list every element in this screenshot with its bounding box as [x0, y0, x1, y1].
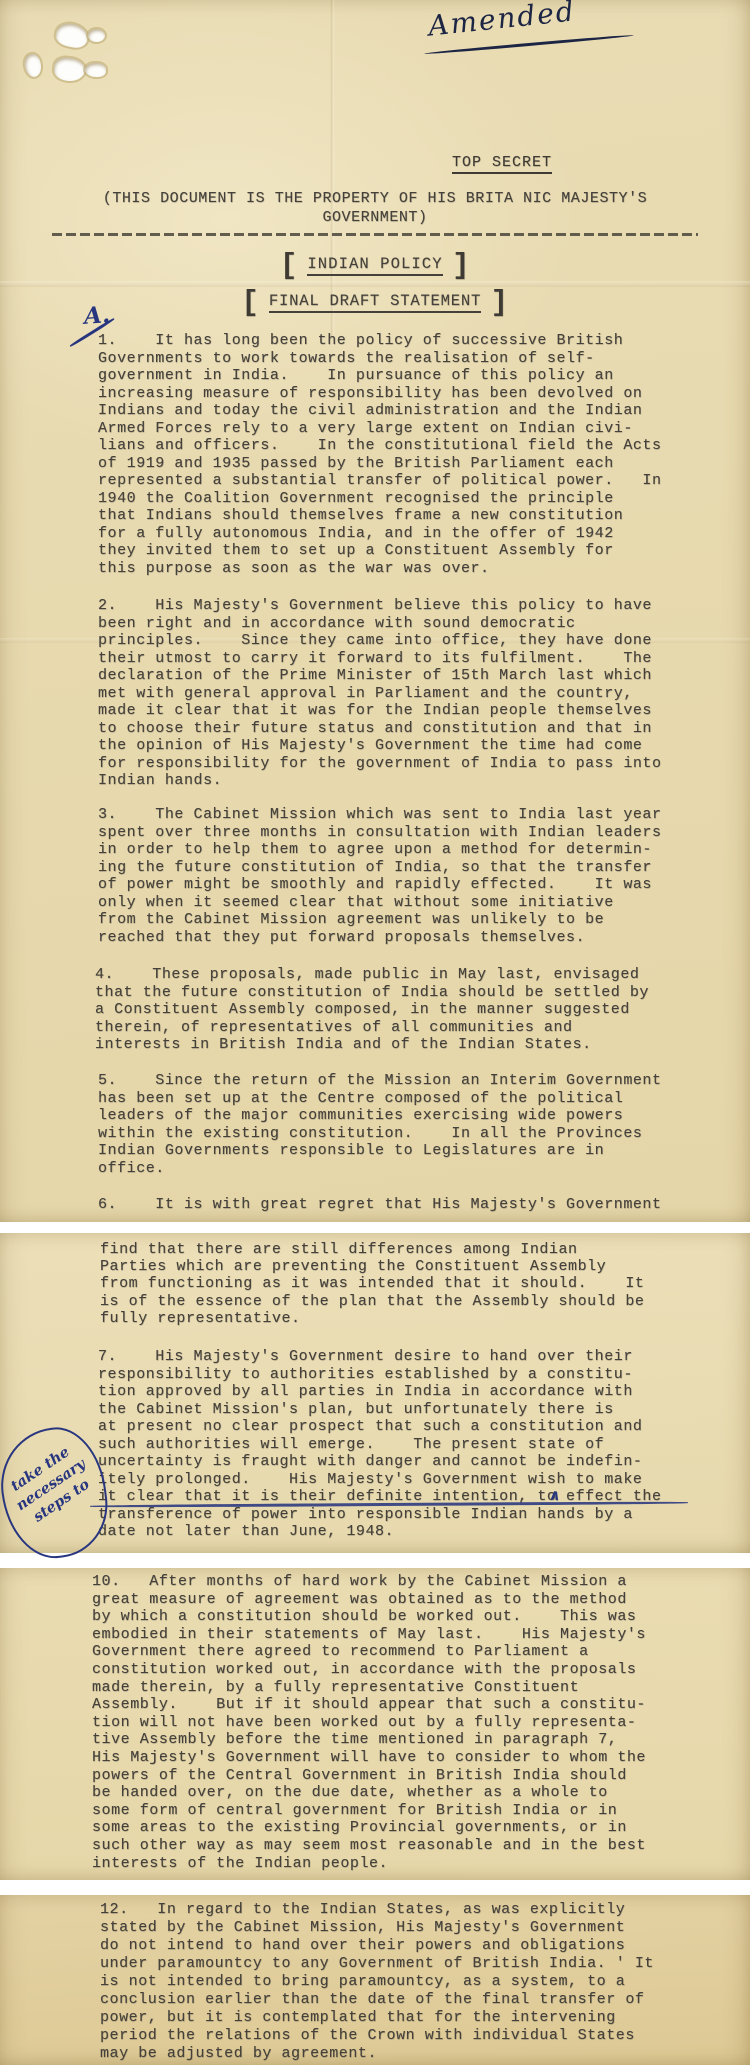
- title-main-box: [ INDIAN POLICY ]: [0, 255, 750, 274]
- classification-stamp: TOP SECRET: [452, 154, 552, 174]
- dashed-separator: [52, 233, 698, 236]
- bracket-icon: ]: [491, 286, 509, 319]
- bracket-icon: ]: [452, 249, 470, 282]
- paper-crease: [330, 0, 335, 340]
- paragraph-7: 7. His Majesty's Government desire to ha…: [98, 1348, 662, 1541]
- paragraph-3: 3. The Cabinet Mission which was sent to…: [98, 806, 662, 946]
- torn-hole: [23, 53, 43, 79]
- handwritten-letter-a: A.: [83, 301, 111, 330]
- paragraph-4: 4. These proposals, made public in May l…: [95, 966, 649, 1054]
- title-sub: FINAL DRAFT STATEMENT: [269, 292, 481, 313]
- property-statement: (THIS DOCUMENT IS THE PROPERTY OF HIS BR…: [0, 189, 750, 227]
- insertion-caret-mark: ∧: [548, 1485, 563, 1505]
- title-sub-box: [ FINAL DRAFT STATEMENT ]: [0, 292, 750, 311]
- paragraph-6-continued: find that there are still differences am…: [100, 1241, 644, 1327]
- paper-crease: [0, 281, 750, 287]
- document-page: Amended TOP SECRET (THIS DOCUMENT IS THE…: [0, 0, 750, 2065]
- title-main: INDIAN POLICY: [307, 255, 442, 276]
- paragraph-5: 5. Since the return of the Mission an In…: [98, 1072, 662, 1177]
- torn-hole: [88, 29, 105, 42]
- torn-hole: [53, 56, 87, 83]
- torn-hole: [54, 20, 91, 50]
- margin-note-text: take the necessary steps to: [2, 1439, 100, 1531]
- paragraph-12: 12. In regard to the Indian States, as w…: [100, 1901, 654, 2063]
- bracket-icon: [: [280, 249, 298, 282]
- torn-hole: [85, 63, 106, 77]
- paragraph-1: 1. It has long been the policy of succes…: [98, 332, 662, 577]
- paragraph-10: 10. After months of hard work by the Cab…: [92, 1573, 646, 1872]
- paragraph-2: 2. His Majesty's Government believe this…: [98, 597, 662, 790]
- bracket-icon: [: [241, 286, 259, 319]
- paragraph-6: 6. It is with great regret that His Maje…: [98, 1196, 662, 1214]
